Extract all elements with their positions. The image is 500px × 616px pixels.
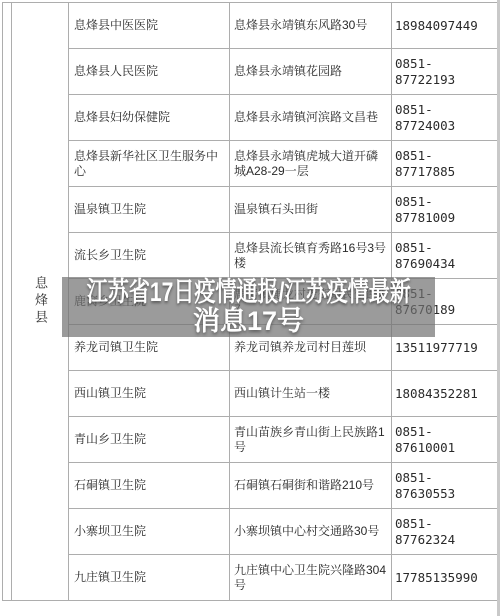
address-cell: 青山苗族乡青山街上民族路1号 bbox=[230, 417, 392, 463]
hospital-name-cell: 温泉镇卫生院 bbox=[69, 187, 230, 233]
table-row: 九庄镇卫生院 九庄镇中心卫生院兴隆路304号 17785135990 bbox=[3, 555, 500, 601]
phone-cell: 0851- 87724003 bbox=[392, 95, 500, 141]
table-row: 流长乡卫生院 息烽县流长镇育秀路16号3号楼 0851- 87690434 bbox=[3, 233, 500, 279]
phone-cell: 0851- 87717885 bbox=[392, 141, 500, 187]
table-row: 石硐镇卫生院 石硐镇石硐街和谐路210号 0851- 87630553 bbox=[3, 463, 500, 509]
region-merged-cell: 息烽县 bbox=[12, 3, 69, 601]
hospital-name-cell: 九庄镇卫生院 bbox=[69, 555, 230, 601]
phone-cell: 0851- 87762324 bbox=[392, 509, 500, 555]
address-cell: 息烽县流长镇育秀路16号3号楼 bbox=[230, 233, 392, 279]
table-row: 西山镇卫生院 西山镇计生站一楼 18084352281 bbox=[3, 371, 500, 417]
phone-cell: 17785135990 bbox=[392, 555, 500, 601]
hospital-name-cell: 息烽县中医医院 bbox=[69, 3, 230, 49]
table-row: 息烽县新华社区卫生服务中心 息烽县永靖镇虎城大道开磷城A28-29一层 0851… bbox=[3, 141, 500, 187]
address-cell: 温泉镇石头田街 bbox=[230, 187, 392, 233]
table-row: 青山乡卫生院 青山苗族乡青山街上民族路1号 0851- 87610001 bbox=[3, 417, 500, 463]
address-cell: 小寨坝镇中心村交通路30号 bbox=[230, 509, 392, 555]
address-cell: 息烽县永靖镇花园路 bbox=[230, 49, 392, 95]
region-label: 息烽县 bbox=[33, 276, 47, 327]
hospital-name-cell: 青山乡卫生院 bbox=[69, 417, 230, 463]
hospital-name-cell: 流长乡卫生院 bbox=[69, 233, 230, 279]
table-row: 息烽县妇幼保健院 息烽县永靖镇河滨路文昌巷 0851- 87724003 bbox=[3, 95, 500, 141]
hospital-name-cell: 息烽县新华社区卫生服务中心 bbox=[69, 141, 230, 187]
address-cell: 石硐镇石硐街和谐路210号 bbox=[230, 463, 392, 509]
table-row: 温泉镇卫生院 温泉镇石头田街 0851- 87781009 bbox=[3, 187, 500, 233]
table-row: 息烽县 息烽县中医医院 息烽县永靖镇东风路30号 18984097449 bbox=[3, 3, 500, 49]
phone-cell: 0851- 87690434 bbox=[392, 233, 500, 279]
hospital-name-cell: 石硐镇卫生院 bbox=[69, 463, 230, 509]
hospital-name-cell: 息烽县妇幼保健院 bbox=[69, 95, 230, 141]
hospital-name-cell: 息烽县人民医院 bbox=[69, 49, 230, 95]
address-cell: 息烽县永靖镇东风路30号 bbox=[230, 3, 392, 49]
news-caption-overlay: 江苏省17日疫情通报/江苏疫情最新 消息17号 bbox=[62, 277, 435, 337]
phone-cell: 0851- 87630553 bbox=[392, 463, 500, 509]
hospital-name-cell: 小寨坝卫生院 bbox=[69, 509, 230, 555]
table-row: 小寨坝卫生院 小寨坝镇中心村交通路30号 0851- 87762324 bbox=[3, 509, 500, 555]
hospital-name-cell: 西山镇卫生院 bbox=[69, 371, 230, 417]
phone-cell: 18084352281 bbox=[392, 371, 500, 417]
overlay-title-line1: 江苏省17日疫情通报/江苏疫情最新 bbox=[86, 278, 410, 306]
address-cell: 息烽县永靖镇虎城大道开磷城A28-29一层 bbox=[230, 141, 392, 187]
address-cell: 息烽县永靖镇河滨路文昌巷 bbox=[230, 95, 392, 141]
phone-cell: 18984097449 bbox=[392, 3, 500, 49]
address-cell: 西山镇计生站一楼 bbox=[230, 371, 392, 417]
phone-cell: 0851- 87781009 bbox=[392, 187, 500, 233]
left-spacer-column bbox=[3, 3, 12, 601]
phone-cell: 0851- 87610001 bbox=[392, 417, 500, 463]
address-cell: 九庄镇中心卫生院兴隆路304号 bbox=[230, 555, 392, 601]
overlay-title-line2: 消息17号 bbox=[193, 306, 304, 336]
table-row: 息烽县人民医院 息烽县永靖镇花园路 0851- 87722193 bbox=[3, 49, 500, 95]
phone-cell: 0851- 87722193 bbox=[392, 49, 500, 95]
